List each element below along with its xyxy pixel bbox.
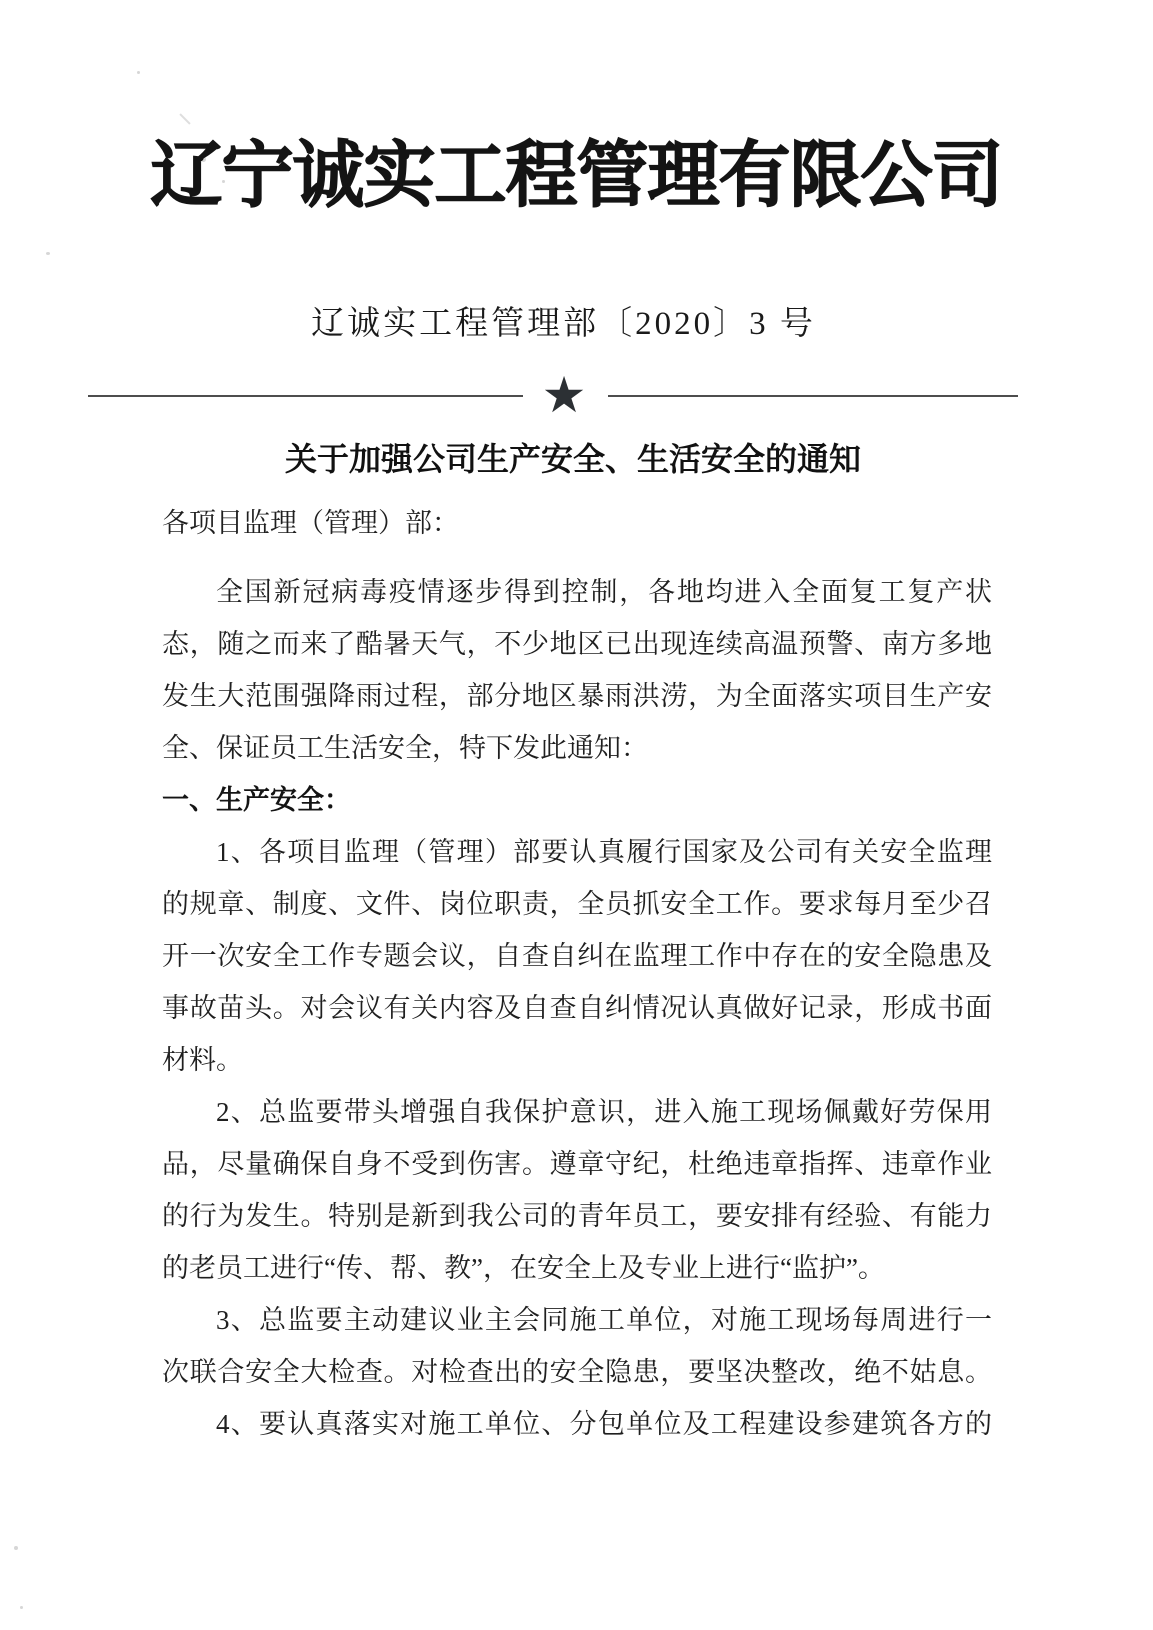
divider-line-left [88,395,523,397]
body-line: 事故苗头。对会议有关内容及自查自纠情况认真做好记录，形成书面 [162,982,992,1034]
star-icon: ★ [537,368,591,422]
company-name: 辽宁诚实工程管理有限公司 [0,121,1153,231]
body-line: 一、生产安全： [162,774,992,826]
document-title: 关于加强公司生产安全、生活安全的通知 [0,438,1153,480]
scan-artifact [46,252,50,255]
body-line: 4、要认真落实对施工单位、分包单位及工程建设参建筑各方的 [162,1398,992,1450]
salutation: 各项目监理（管理）部： [162,497,459,549]
body-line: 的老员工进行“传、帮、教”，在安全上及专业上进行“监护”。 [162,1242,992,1294]
body-line: 开一次安全工作专题会议，自查自纠在监理工作中存在的安全隐患及 [162,930,992,982]
body-line: 材料。 [162,1034,992,1086]
body-line: 态，随之而来了酷暑天气，不少地区已出现连续高温预警、南方多地 [162,618,992,670]
body-line: 的行为发生。特别是新到我公司的青年员工，要安排有经验、有能力 [162,1190,992,1242]
divider-line-right [608,395,1018,397]
scan-artifact [137,71,140,74]
scan-artifact [20,1606,23,1609]
document-body: 全国新冠病毒疫情逐步得到控制，各地均进入全面复工复产状态，随之而来了酷暑天气，不… [162,566,992,1450]
body-line: 3、总监要主动建议业主会同施工单位，对施工现场每周进行一 [162,1294,992,1346]
body-line: 全、保证员工生活安全，特下发此通知： [162,722,992,774]
body-line: 1、各项目监理（管理）部要认真履行国家及公司有关安全监理 [162,826,992,878]
body-line: 全国新冠病毒疫情逐步得到控制，各地均进入全面复工复产状 [162,566,992,618]
body-line: 品，尽量确保自身不受到伤害。遵章守纪，杜绝违章指挥、违章作业 [162,1138,992,1190]
body-line: 2、总监要带头增强自我保护意识，进入施工现场佩戴好劳保用 [162,1086,992,1138]
body-line: 次联合安全大检查。对检查出的安全隐患，要坚决整改，绝不姑息。 [162,1346,992,1398]
document-page: 辽宁诚实工程管理有限公司 辽诚实工程管理部〔2020〕3 号 ★ 关于加强公司生… [0,0,1153,1630]
body-line: 的规章、制度、文件、岗位职责，全员抓安全工作。要求每月至少召 [162,878,992,930]
scan-artifact [14,1546,18,1550]
doc-number: 辽诚实工程管理部〔2020〕3 号 [0,302,1153,346]
body-line: 发生大范围强降雨过程，部分地区暴雨洪涝，为全面落实项目生产安 [162,670,992,722]
